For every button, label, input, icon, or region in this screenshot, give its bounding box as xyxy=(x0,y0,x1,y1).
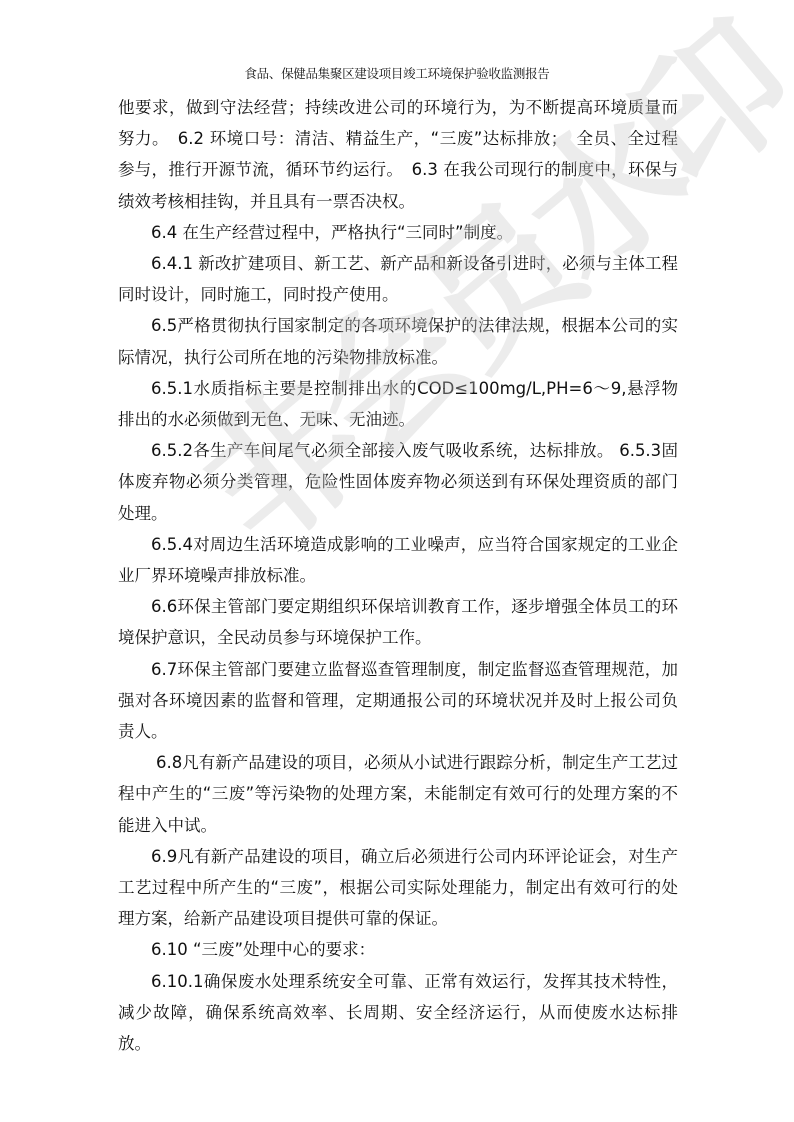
paragraph-6-6: 6.6环保主管部门要定期组织环保培训教育工作，逐步增强全体员工的环境保护意识，全… xyxy=(118,591,678,653)
paragraph-6-7: 6.7环保主管部门要建立监督巡查管理制度，制定监督巡查管理规范，加强对各环境因素… xyxy=(118,654,678,748)
paragraph-6-5-4: 6.5.4对周边生活环境造成影响的工业噪声，应当符合国家规定的工业企业厂界环境噪… xyxy=(118,529,678,591)
document-body: 他要求，做到守法经营；持续改进公司的环境行为，为不断提高环境质量而努力。 6.2… xyxy=(118,92,678,1059)
document-page: 食品、保健品集聚区建设项目竣工环境保护验收监测报告 他要求，做到守法经营；持续改… xyxy=(0,0,794,1122)
paragraph-6-8: 6.8凡有新产品建设的项目，必须从小试进行跟踪分析，制定生产工艺过程中产生的“三… xyxy=(118,747,678,841)
paragraph-6-4: 6.4 在生产经营过程中，严格执行“三同时”制度。 xyxy=(118,217,678,248)
paragraph-6-1-6-3: 他要求，做到守法经营；持续改进公司的环境行为，为不断提高环境质量而努力。 6.2… xyxy=(118,92,678,217)
paragraph-6-10-1: 6.10.1确保废水处理系统安全可靠、正常有效运行，发挥其技术特性，减少故障，确… xyxy=(118,966,678,1060)
running-header: 食品、保健品集聚区建设项目竣工环境保护验收监测报告 xyxy=(0,64,794,82)
paragraph-6-9: 6.9凡有新产品建设的项目，确立后必须进行公司内环评论证会，对生产工艺过程中所产… xyxy=(118,841,678,935)
paragraph-6-10: 6.10 “三废”处理中心的要求： xyxy=(118,934,678,965)
paragraph-6-4-1: 6.4.1 新改扩建项目、新工艺、新产品和新设备引进时，必须与主体工程同时设计，… xyxy=(118,248,678,310)
paragraph-6-5: 6.5严格贯彻执行国家制定的各项环境保护的法律法规，根据本公司的实际情况，执行公… xyxy=(118,310,678,372)
paragraph-6-5-2: 6.5.2各生产车间尾气必须全部接入废气吸收系统，达标排放。 6.5.3固体废弃… xyxy=(118,435,678,529)
paragraph-6-5-1: 6.5.1水质指标主要是控制排出水的COD≤100mg/L,PH=6～9,悬浮物… xyxy=(118,373,678,435)
